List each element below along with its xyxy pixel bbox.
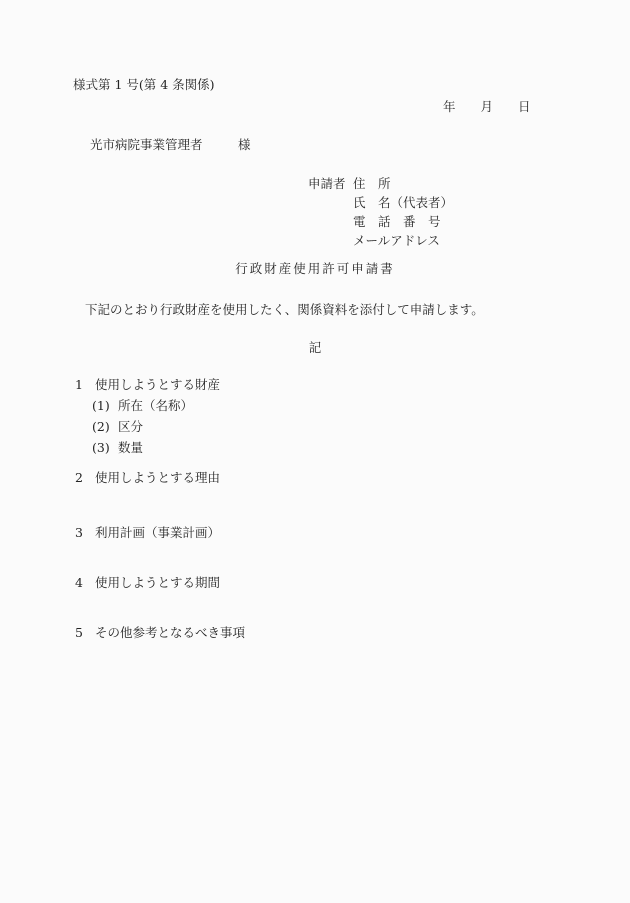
date-line: 年 月 日 [443, 99, 531, 114]
document-title: 行政財産使用許可申請書 [0, 261, 630, 276]
item-1-label: 使用しようとする財産 [95, 377, 220, 392]
subitem-2-label: 区分 [118, 419, 143, 434]
applicant-field-address: 住 所 [353, 174, 453, 193]
applicant-field-email: メールアドレス [353, 231, 453, 250]
applicant-field-phone: 電 話 番 号 [353, 212, 453, 231]
form-number: 様式第 1 号(第 4 条関係) [73, 77, 215, 92]
document-page: 様式第 1 号(第 4 条関係) 年 月 日 光市病院事業管理者 様 申請者 住… [0, 0, 630, 903]
subitem-3-number: (3) [92, 440, 110, 455]
item-2-label: 使用しようとする理由 [95, 470, 220, 485]
recipient-name: 光市病院事業管理者 [90, 137, 203, 152]
body-text: 下記のとおり行政財産を使用したく、関係資料を添付して申請します。 [85, 302, 484, 317]
item-3-number: 3 [75, 525, 83, 540]
recipient-honorific: 様 [238, 137, 251, 152]
item-5-label: その他参考となるべき事項 [95, 625, 245, 640]
item-1-number: 1 [75, 377, 83, 392]
item-2-number: 2 [75, 470, 83, 485]
subitem-1-label: 所在（名称） [118, 398, 193, 413]
subitem-3-label: 数量 [118, 440, 143, 455]
section-marker-ki: 記 [0, 340, 630, 355]
applicant-field-name: 氏 名（代表者） [353, 193, 453, 212]
applicant-label: 申請者 [308, 174, 346, 192]
subitem-2-number: (2) [92, 419, 110, 434]
applicant-fields: 住 所 氏 名（代表者） 電 話 番 号 メールアドレス [353, 174, 453, 250]
item-4-label: 使用しようとする期間 [95, 575, 220, 590]
subitem-1-number: (1) [92, 398, 110, 413]
item-5-number: 5 [75, 625, 83, 640]
item-3-label: 利用計画（事業計画） [95, 525, 220, 540]
item-4-number: 4 [75, 575, 83, 590]
